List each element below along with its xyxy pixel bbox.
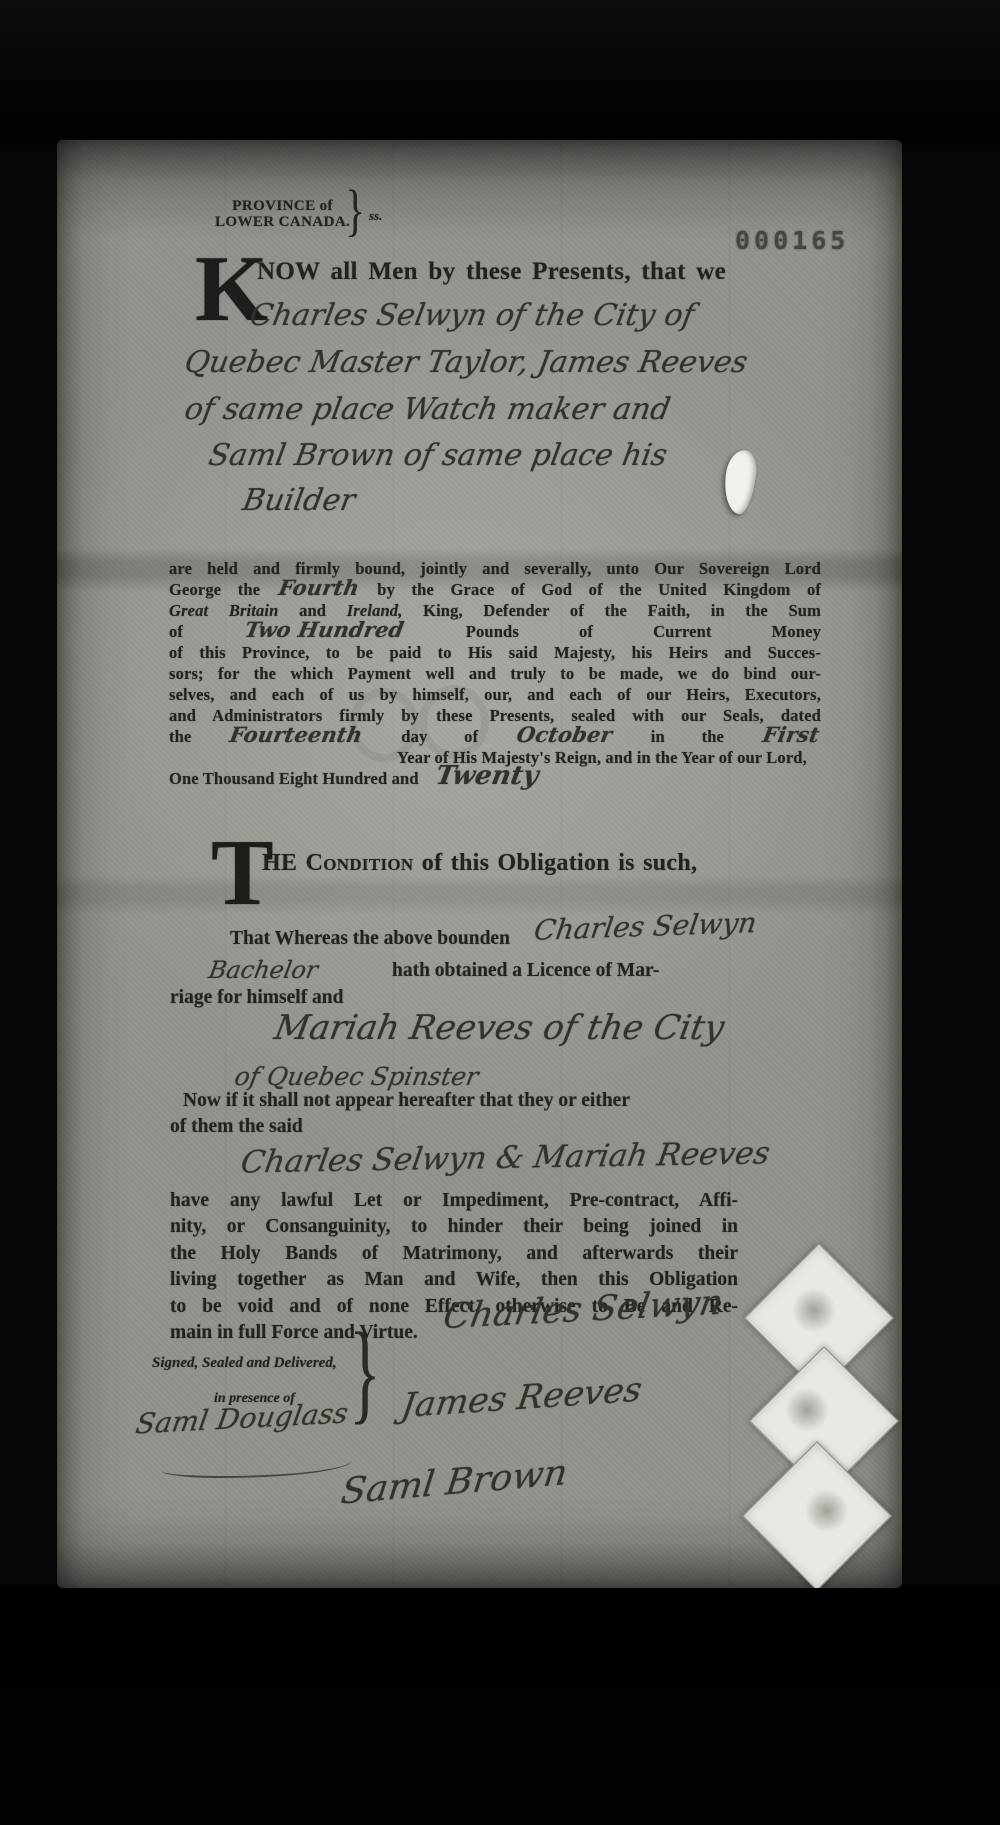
bond-line: of Two Hundred Pounds of Current Money — [169, 621, 821, 642]
hand-sum: Two Hundred — [244, 623, 405, 637]
hand-day: Fourteenth — [229, 728, 364, 742]
province-line1: PROVINCE of — [215, 198, 350, 214]
scan-background-bottom — [0, 1585, 1000, 1825]
now-text-a: Now if it shall not appear hereafter tha… — [183, 1090, 630, 1112]
sam-brown-signature: Saml Brown — [339, 1452, 570, 1512]
opening-heading: NOW all Men by these Presents, that we — [257, 258, 726, 286]
hand-couple-names: Charles Selwyn & Mariah Reeves — [238, 1135, 772, 1180]
whereas-text: That Whereas the above bounden — [230, 928, 510, 950]
bond-paragraph: are held and firmly bound, jointly and s… — [169, 558, 821, 789]
bond-line: are held and firmly bound, jointly and s… — [169, 558, 821, 579]
hand-status: Bachelor — [207, 956, 321, 984]
scan-background-top — [0, 0, 1000, 145]
licence-text-a: hath obtained a Licence of Mar- — [392, 960, 659, 982]
paper-tear — [721, 448, 759, 515]
closing-line: have any lawful Let or Impediment, Pre-c… — [170, 1188, 738, 1214]
closing-line: nity, or Consanguinity, to hinder their … — [170, 1214, 738, 1240]
hand-regnal-name: Fourth — [278, 581, 360, 595]
hand-principal-line1: Charles Selwyn of the City of — [247, 298, 697, 333]
hand-regnal-year: First — [762, 728, 821, 742]
closing-line: the Holy Bands of Matrimony, and afterwa… — [170, 1241, 738, 1267]
attestation-line1: Signed, Sealed and Delivered, — [152, 1355, 337, 1372]
province-brace: } — [345, 180, 365, 245]
hand-bride-line1: Mariah Reeves of the City — [271, 1008, 727, 1048]
bond-line: One Thousand Eight Hundred and Twenty — [169, 768, 821, 789]
now-text-b: of them the said — [170, 1116, 303, 1138]
licence-text-b: riage for himself and — [170, 987, 344, 1009]
seal-smudge — [782, 1278, 845, 1341]
condition-heading: HE Condition of this Obligation is such, — [262, 850, 697, 877]
james-reeves-signature: James Reeves — [399, 1370, 645, 1426]
bond-line: George the Fourth by the Grace of God of… — [169, 579, 821, 600]
hand-principal-line5: Builder — [240, 483, 358, 518]
hand-bride-line2: of Quebec Spinster — [232, 1062, 480, 1091]
document-page: PROVINCE of LOWER CANADA. } ss. 000165 K… — [57, 140, 902, 1588]
province-caption: PROVINCE of LOWER CANADA. — [215, 198, 350, 230]
bond-line: selves, and each of us by himself, our, … — [169, 684, 821, 705]
witness-signature: Saml Douglass — [133, 1397, 350, 1441]
hand-principal-line3: of same place Watch maker and — [182, 392, 673, 427]
hand-month: October — [516, 728, 613, 742]
ink-ghost — [419, 685, 489, 759]
hand-principal-line2: Quebec Master Taylor, James Reeves — [182, 345, 750, 380]
signature-flourish — [162, 1460, 352, 1478]
bond-line: of this Province, to be paid to His said… — [169, 642, 821, 663]
bond-line: the Fourteenth day of October in the Fir… — [169, 726, 821, 747]
seal-smudge — [795, 1479, 858, 1542]
seal-smudge — [775, 1378, 838, 1441]
province-line2: LOWER CANADA. — [215, 214, 350, 230]
attestation-brace: } — [349, 1309, 381, 1438]
bond-line: sors; for the which Payment well and tru… — [169, 663, 821, 684]
province-ss-abbrev: ss. — [369, 208, 382, 224]
hand-groom-name: Charles Selwyn — [532, 906, 759, 947]
hand-principal-line4: Saml Brown of same place his — [206, 438, 670, 473]
wafer-seal-3 — [742, 1441, 892, 1588]
ink-ghost — [349, 688, 419, 762]
hand-year: Twenty — [435, 769, 540, 783]
serial-number-stamp: 000165 — [735, 226, 849, 255]
